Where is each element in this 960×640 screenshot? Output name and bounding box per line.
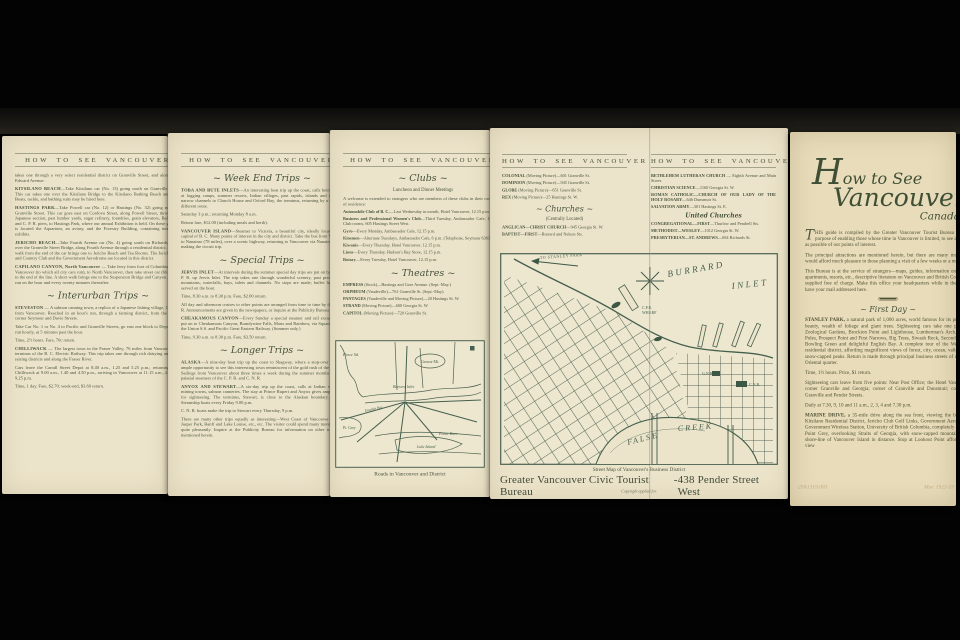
theatre-entry: EMPRESS (Stock)—Hastings and Gore Avenue… [343,282,490,287]
label-inlet: INLET [730,277,769,291]
panel1-masthead: HOW TO SEE VANCOUVER [15,153,168,167]
panel-trips: HOW TO SEE VANCOUVER Week End Trips TOBA… [168,133,330,496]
weekend-trips-heading: Week End Trips [181,173,330,184]
fold-crease [329,130,331,496]
longer-trips-heading: Longer Trips [181,345,330,356]
theatres-list: EMPRESS (Stock)—Hastings and Gore Avenue… [343,282,490,315]
paragraph: Return fare, $12.00 (including meals and… [181,220,330,225]
theatre-entry: CAPITOL (Moving Picture)—720 Granville S… [343,311,490,316]
panel4-masthead: HOW TO SEE VANCOUVER [502,154,627,168]
paragraph: Time, 1½ hours. Price, $1 return. [805,370,956,376]
copyright-note: Copyright applied for. [500,489,778,494]
paragraph: JERICHO BEACH—Take Fourth Avenue car (No… [15,240,168,261]
church-entry: ROMAN CATHOLIC—CHURCH OF OUR LADY OF THE… [651,193,776,203]
paragraph: CHILLIWACK — The largest town in the Fra… [15,346,168,362]
paragraph: This Bureau is at the service of strange… [805,269,956,293]
theatre-entry: REX (Moving Picture)—25 Hastings St. W. [502,195,627,200]
church-entry: PRESBYTERIAN—ST. ANDREWS—694 Richards St… [651,236,776,241]
column-theatres-churches: HOW TO SEE VANCOUVER COLONIAL (Moving Pi… [490,154,639,243]
churches-subheading: (Centrally Located) [502,216,627,221]
clubs-intro: A welcome is extended to strangers who a… [343,196,490,207]
paragraph: All day and afternoon cruises to other p… [181,302,330,313]
club-entry: Automobile Club of B. C.—Last Wednesday … [343,210,490,215]
paragraph: TOBA AND BUTE INLETS—An interesting boat… [181,188,330,209]
bureau-address: 438 Pender Street West [678,474,778,498]
first-day-heading: First Day [805,305,956,315]
club-entry: Kinsmen—Alternate Tuesdays, Ambassador C… [343,236,490,241]
paragraph: Sightseeing cars leave from five points:… [805,380,956,398]
label-fraser-river: Fraser River [438,432,458,436]
archival-pencil-notes: 2FA1319.003 Mar. 1923-59 [798,484,954,490]
paragraph: Take Car No. 1 or No. 4 to Pacific and G… [15,324,168,335]
churches-heading: Churches [502,204,627,214]
theatres-heading: Theatres [343,267,490,278]
label-howe-sound: Howe Sd. [342,352,359,357]
theatre-entry: STRAND (Moving Picture)—600 Georgia St. … [343,304,490,309]
club-entry: Lions—Every Thursday, Hudson's Bay Store… [343,250,490,255]
paragraph: CAPILANO CANYON, North Vancouver — Take … [15,264,168,285]
city-sights-paragraphs: takes one through a very select resident… [15,173,168,286]
club-entry: Gyro—Every Monday, Ambassador Cafe, 12.1… [343,229,490,234]
label-point-grey: Pt. Grey [343,426,356,430]
district-map-caption: Roads in Vancouver and District [330,471,490,477]
map-station-marker [470,346,475,351]
clubs-heading: Clubs [343,173,490,184]
paragraph: There are many other trips equally as in… [181,416,330,437]
club-entry: Business and Professional Women's Club—T… [343,217,490,227]
bureau-imprint: Greater Vancouver Civic Tourist Bureau -… [500,474,778,498]
theatre-entry: ORPHEUM (Vaudeville)—761 Granville St. (… [343,289,490,294]
paragraph: KITSILANO BEACH—Take Kitsilano car (No. … [15,186,168,202]
column-churches-continued: HOW TO SEE VANCOUVER BETHLEHEM LUTHERAN … [639,154,788,243]
church-entry: ANGLICAN—CHRIST CHURCH—945 Georgia St. W… [502,225,627,230]
panel-cover: How to See Vancouver Canada THIS guide i… [790,132,956,506]
panel2-masthead: HOW TO SEE VANCOUVER [181,153,330,167]
church-entry: SALVATION ARMY—301 Hastings St. E. [651,205,776,210]
label-burrard: BURRARD [667,259,726,279]
cover-paragraphs: The principal attractions are mentioned … [805,252,956,293]
paragraph: VANCOUVER ISLAND—Steamer to Victoria, a … [181,228,330,249]
paragraph: ANYOX AND STEWART—A six-day trip up the … [181,384,330,405]
bureau-name: Greater Vancouver Civic Tourist Bureau [500,474,674,498]
clubs-subheading: Luncheon and Dinner Meetings [343,188,490,193]
scanned-brochure: HOW TO SEE VANCOUVER takes one through a… [0,0,960,640]
interurban-trips-paragraphs: STEVESTON — A salmon canning town, a rep… [15,305,168,389]
clubs-list: Automobile Club of B. C.—Last Wednesday … [343,210,490,263]
first-day-paragraphs: STANLEY PARK, a natural park of 1,000 ac… [805,317,956,449]
paragraph: Time, 9.30 a.m. to 8.30 p.m. Fare, $3.50… [181,334,330,339]
paragraph: Daily at 7.30, 9, 10 and 11 a.m., 2, 3, … [805,402,956,408]
panel-churches-map: HOW TO SEE VANCOUVER COLONIAL (Moving Pi… [490,128,788,499]
paragraph: JERVIS INLET—At intervals during the sum… [181,269,330,290]
pencil-date-note: Mar. 1923-59 [924,484,954,490]
united-churches-list: CONGREGATIONAL—FIRST—Thurlow and Pendrel… [651,221,776,240]
church-entry: BAPTIST—FIRST—Burrard and Nelson Sts. [502,232,627,237]
label-to-stanley-park: TO STANLEY PARK [540,253,583,260]
special-trips-paragraphs: JERVIS INLET—At intervals during the sum… [181,269,330,339]
paragraph: Time, 2½ hours. Fare, 70c return. [15,338,168,343]
paragraph: ALASKA—A nine-day boat trip up the coast… [181,360,330,381]
church-entry: METHODIST—WESLEY—1012 Georgia St. W. [651,229,776,234]
street-map-caption: Street Map of Vancouver's Business Distr… [500,467,778,473]
panel3-masthead: HOW TO SEE VANCOUVER [343,153,490,167]
label-burrard-inlet: Burrard Inlet [393,384,415,389]
paragraph: takes one through a very select resident… [15,173,168,184]
paragraph: CHEAKAMOUS CANYON—Every Sunday a special… [181,316,330,332]
business-district-street-map: TO STANLEY PARK BURRARD INLET C.P.R. WHA… [500,253,778,465]
paragraph: The principal attractions are mentioned … [805,252,956,264]
fold-crease [489,128,491,498]
churches-list-central: ANGLICAN—CHRIST CHURCH—945 Georgia St. W… [502,225,627,237]
panel5-masthead: HOW TO SEE VANCOUVER [651,154,776,168]
churches-list-continued: BETHLEHEM LUTHERAN CHURCH — Eighth Avenu… [651,174,776,210]
theatre-entry: DOMINION (Moving Picture)—945 Granville … [502,181,627,186]
paragraph: Cars leave the Carrall Street Depot at 8… [15,365,168,381]
divider-ornament [880,298,897,300]
club-entry: Rotary—Every Tuesday, Hotel Vancouver, 1… [343,257,490,262]
paragraph: STANLEY PARK, a natural park of 1,000 ac… [805,317,956,366]
label-cnr-depot: C.N.R. [749,382,760,387]
label-lulu-island: Lulu Island [416,444,436,449]
fold-crease [167,133,169,495]
label-grouse-mt: Grouse Mt. [421,359,439,364]
church-entry: CHRISTIAN SCIENCE—1160 Georgia St. W. [651,186,776,191]
panel-clubs-theatres: HOW TO SEE VANCOUVER Clubs Luncheon and … [330,130,490,497]
church-entry: BETHLEHEM LUTHERAN CHURCH — Eighth Avenu… [651,174,776,184]
paragraph: C. N. R. boats make the trip to Stewart … [181,408,330,413]
paragraph: MARINE DRIVE, a 35-mile drive along the … [805,412,956,449]
label-gnr-depot: G.N.R. [702,371,713,376]
theatre-entry: PANTAGES (Vaudeville and Moving Picture)… [343,297,490,302]
fold-crease [649,128,651,499]
special-trips-heading: Special Trips [181,254,330,265]
church-entry: CONGREGATIONAL—FIRST—Thurlow and Pendrel… [651,221,776,226]
pencil-catalog-number: 2FA1319.003 [798,484,827,490]
district-roads-map: Howe Sd. Grouse Mt. Burrard Inlet Englis… [335,340,485,468]
interurban-trips-heading: Interurban Trips [15,290,168,301]
drop-cap: T [805,230,814,241]
theatre-entry: GLOBE (Moving Picture)—651 Granville St. [502,188,627,193]
cover-title-big: Vancouver [833,183,956,212]
panel-city-sights: HOW TO SEE VANCOUVER takes one through a… [2,136,168,494]
label-english-bay: English Bay [363,405,383,413]
theatre-entry: COLONIAL (Moving Picture)—601 Granville … [502,174,627,179]
weekend-trips-paragraphs: TOBA AND BUTE INLETS—An interesting boat… [181,188,330,250]
theatres-list-continued: COLONIAL (Moving Picture)—601 Granville … [502,174,627,200]
paragraph: STEVESTON — A salmon canning town, a rep… [15,305,168,321]
club-entry: Kiwanis—Every Thursday, Hotel Vancouver,… [343,243,490,248]
paragraph: Time, 1 day. Fare, $2.70; week-end, $3.6… [15,384,168,389]
paragraph: Saturday 3 p.m.; returning Monday 8 a.m. [181,212,330,217]
paragraph: Time, 8.30 a.m. to 8.30 p.m. Fare, $2.00… [181,294,330,299]
longer-trips-paragraphs: ALASKA—A nine-day boat trip up the coast… [181,360,330,438]
cover-intro: THIS guide is compiled by the Greater Va… [805,230,956,248]
united-churches-heading: United Churches [651,212,776,219]
paragraph: HASTINGS PARK—Take Powell car (No. 12) o… [15,205,168,237]
